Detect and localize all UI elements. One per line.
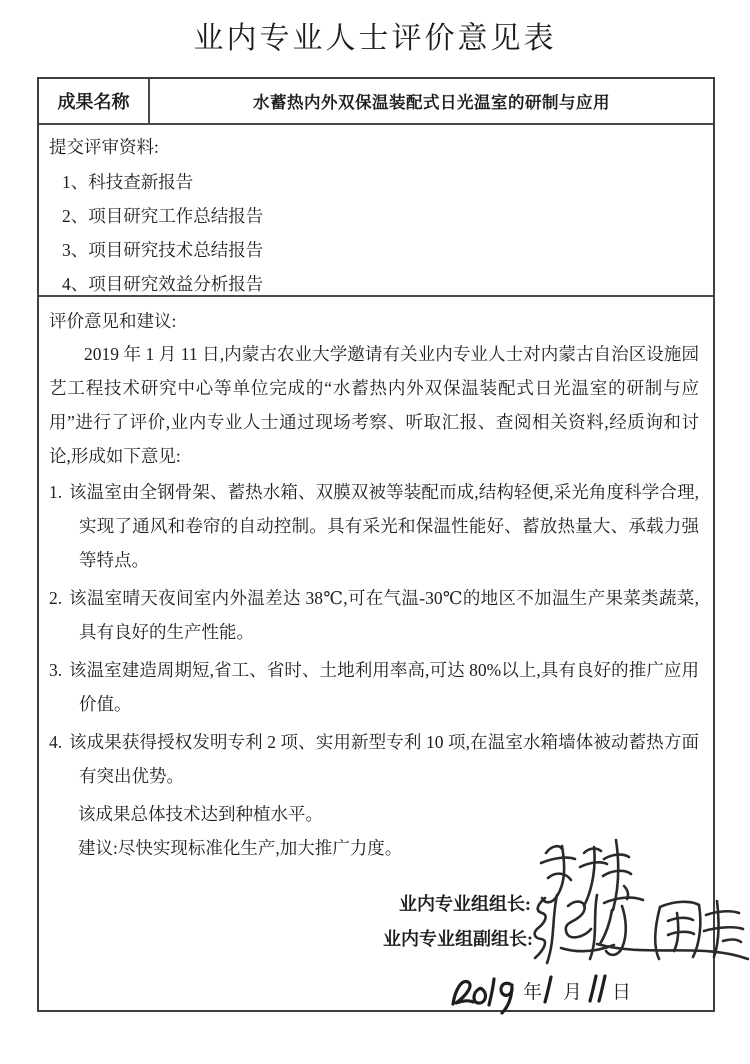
point-text: 该成果获得授权发明专利 2 项、实用新型专利 10 项,在温室水箱墙体被动蓄热方… — [69, 732, 699, 786]
opinion-point: 3.该温室建造周期短,省工、省时、土地利用率高,可达 80%以上,具有良好的推广… — [49, 653, 699, 721]
opinion-section-label: 评价意见和建议: — [49, 305, 699, 337]
page-title: 业内专业人士评价意见表 — [0, 22, 750, 56]
date-day-unit: 日 — [612, 982, 631, 1004]
point-number: 3. — [49, 653, 71, 687]
opinion-conclusion: 该成果总体技术达到种植水平。 — [49, 797, 699, 831]
material-item: 2、项目研究工作总结报告 — [49, 199, 699, 233]
opinion-section: 评价意见和建议: 2019 年 1 月 11 日,内蒙古农业大学邀请有关业内专业… — [39, 295, 713, 1010]
point-text: 该温室建造周期短,省工、省时、土地利用率高,可达 80%以上,具有良好的推广应用… — [69, 660, 699, 714]
material-item: 1、科技查新报告 — [49, 165, 699, 199]
materials-section-label: 提交评审资料: — [49, 129, 699, 165]
materials-section: 提交评审资料: 1、科技查新报告 2、项目研究工作总结报告 3、项目研究技术总结… — [39, 123, 713, 295]
material-item: 3、项目研究技术总结报告 — [49, 233, 699, 267]
point-text: 该温室由全钢骨架、蓄热水箱、双膜双被等装配而成,结构轻便,采光角度科学合理,实现… — [69, 482, 699, 570]
point-number: 1. — [49, 475, 71, 509]
point-number: 4. — [49, 725, 71, 759]
result-name-row: 成果名称 水蓄热内外双保温装配式日光温室的研制与应用 — [39, 79, 713, 123]
evaluation-form-table: 成果名称 水蓄热内外双保温装配式日光温室的研制与应用 提交评审资料: 1、科技查… — [37, 77, 715, 1012]
point-text: 该温室晴天夜间室内外温差达 38℃,可在气温-30℃的地区不加温生产果菜类蔬菜,… — [69, 588, 699, 642]
leader-signature-label: 业内专业组组长: — [399, 893, 531, 915]
opinion-intro-paragraph: 2019 年 1 月 11 日,内蒙古农业大学邀请有关业内专业人士对内蒙古自治区… — [49, 337, 699, 473]
opinion-suggestion: 建议:尽快实现标准化生产,加大推广力度。 — [49, 831, 699, 865]
opinion-point: 2.该温室晴天夜间室内外温差达 38℃,可在气温-30℃的地区不加温生产果菜类蔬… — [49, 581, 699, 649]
deputy-signature-label: 业内专业组副组长: — [383, 928, 533, 950]
opinion-point: 4.该成果获得授权发明专利 2 项、实用新型专利 10 项,在温室水箱墙体被动蓄… — [49, 725, 699, 793]
date-year-unit: 年 — [523, 982, 542, 1004]
point-number: 2. — [49, 581, 71, 615]
date-month-unit: 月 — [563, 982, 582, 1004]
opinion-points-list: 1.该温室由全钢骨架、蓄热水箱、双膜双被等装配而成,结构轻便,采光角度科学合理,… — [49, 475, 699, 793]
opinion-point: 1.该温室由全钢骨架、蓄热水箱、双膜双被等装配而成,结构轻便,采光角度科学合理,… — [49, 475, 699, 577]
result-name-label: 成果名称 — [39, 79, 150, 123]
result-name-value: 水蓄热内外双保温装配式日光温室的研制与应用 — [150, 79, 713, 123]
